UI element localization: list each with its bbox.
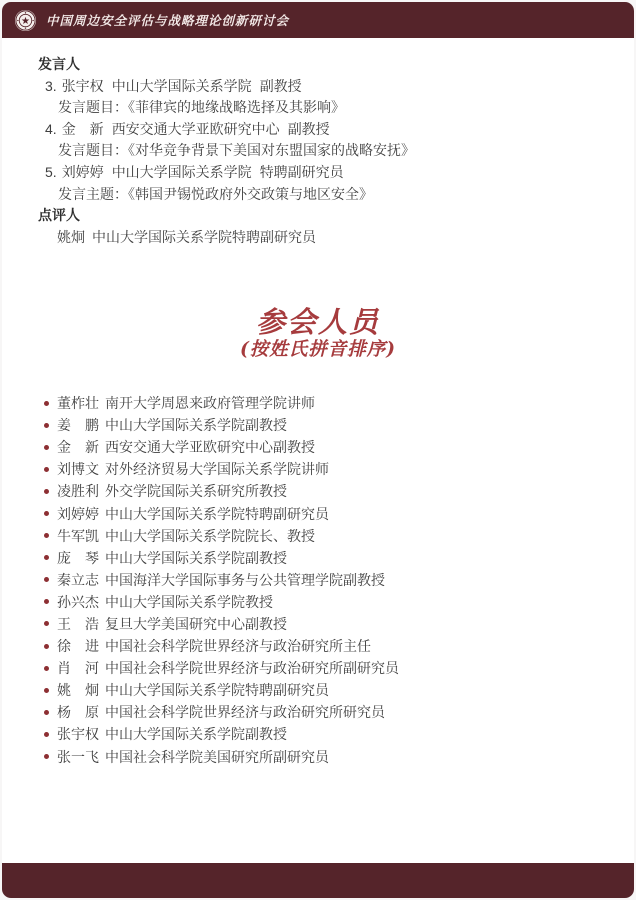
participant-affiliation: 南开大学周恩来政府管理学院讲师 — [105, 393, 315, 413]
commentator-line: 姚炯中山大学国际关系学院特聘副研究员 — [38, 227, 610, 249]
participant-row: 凌胜利 外交学院国际关系研究所教授 — [44, 480, 610, 502]
participant-row: 姚 炯 中山大学国际关系学院特聘副研究员 — [44, 679, 610, 701]
speaker-affiliation: 中山大学国际关系学院 — [112, 78, 252, 94]
speaker-number: 5. — [45, 164, 57, 180]
topic-text: 《韩国尹锡悦政府外交政策与地区安全》 — [128, 186, 373, 202]
topic-label: 发言主题： — [58, 186, 128, 202]
speaker-line: 5.刘婷婷中山大学国际关系学院特聘副研究员 — [38, 162, 610, 184]
participant-affiliation: 中国社会科学院世界经济与政治研究所研究员 — [105, 702, 385, 722]
participant-row: 刘博文 对外经济贸易大学国际关系学院讲师 — [44, 458, 610, 480]
bullet-icon — [44, 423, 49, 428]
participant-affiliation: 中国社会科学院美国研究所副研究员 — [105, 747, 329, 767]
participant-row: 孙兴杰 中山大学国际关系学院教授 — [44, 591, 610, 613]
participant-affiliation: 中国社会科学院世界经济与政治研究所副研究员 — [105, 658, 399, 678]
participant-affiliation: 中山大学国际关系学院副教授 — [105, 415, 287, 435]
participant-name: 张一飞 — [57, 747, 102, 767]
participant-affiliation: 中山大学国际关系学院教授 — [105, 592, 273, 612]
topic-label: 发言题目： — [58, 99, 128, 115]
participant-row: 牛军凯 中山大学国际关系学院院长、教授 — [44, 525, 610, 547]
topic-label: 发言题目： — [58, 142, 128, 158]
participant-name: 牛军凯 — [57, 526, 102, 546]
participant-name: 徐 进 — [57, 636, 102, 656]
participant-name: 姜 鹏 — [57, 415, 102, 435]
program-block: 发言人 3.张宇权中山大学国际关系学院副教授 发言题目：《菲律宾的地缘战略选择及… — [38, 54, 610, 248]
speaker-title: 副教授 — [260, 78, 302, 94]
participant-affiliation: 中山大学国际关系学院副教授 — [105, 724, 287, 744]
bullet-icon — [44, 445, 49, 450]
speaker-name: 张宇权 — [62, 78, 104, 94]
bullet-icon — [44, 599, 49, 604]
participant-name: 肖 河 — [57, 658, 102, 678]
bullet-icon — [44, 577, 49, 582]
participant-affiliation: 中山大学国际关系学院副教授 — [105, 548, 287, 568]
participant-affiliation: 中国海洋大学国际事务与公共管理学院副教授 — [105, 570, 385, 590]
participant-affiliation: 西安交通大学亚欧研究中心副教授 — [105, 437, 315, 457]
speaker-name: 刘婷婷 — [62, 164, 104, 180]
speaker-topic-line: 发言题目：《菲律宾的地缘战略选择及其影响》 — [38, 97, 610, 119]
bullet-icon — [44, 533, 49, 538]
participant-row: 肖 河 中国社会科学院世界经济与政治研究所副研究员 — [44, 657, 610, 679]
topic-text: 《对华竞争背景下美国对东盟国家的战略安抚》 — [128, 142, 415, 158]
commentator-affiliation: 中山大学国际关系学院特聘副研究员 — [92, 229, 316, 245]
speaker-number: 4. — [45, 121, 57, 137]
participant-row: 金 新 西安交通大学亚欧研究中心副教授 — [44, 436, 610, 458]
participant-row: 庞 琴 中山大学国际关系学院副教授 — [44, 547, 610, 569]
participant-name: 金 新 — [57, 437, 102, 457]
bullet-icon — [44, 732, 49, 737]
bullet-icon — [44, 621, 49, 626]
participant-row: 姜 鹏 中山大学国际关系学院副教授 — [44, 414, 610, 436]
topic-text: 《菲律宾的地缘战略选择及其影响》 — [128, 99, 345, 115]
participant-affiliation: 对外经济贸易大学国际关系学院讲师 — [105, 459, 329, 479]
participant-name: 秦立志 — [57, 570, 102, 590]
participant-affiliation: 复旦大学美国研究中心副教授 — [105, 614, 287, 634]
participant-row: 王 浩 复旦大学美国研究中心副教授 — [44, 613, 610, 635]
conference-title: 中国周边安全评估与战略理论创新研讨会 — [46, 11, 289, 29]
speaker-number: 3. — [45, 78, 57, 94]
participant-name: 刘博文 — [57, 459, 102, 479]
speaker-title: 特聘副研究员 — [260, 164, 344, 180]
participant-affiliation: 外交学院国际关系研究所教授 — [105, 481, 287, 501]
participant-affiliation: 中山大学国际关系学院特聘副研究员 — [105, 680, 329, 700]
bullet-icon — [44, 688, 49, 693]
participant-row: 杨 原 中国社会科学院世界经济与政治研究所研究员 — [44, 701, 610, 723]
participant-row: 徐 进 中国社会科学院世界经济与政治研究所主任 — [44, 635, 610, 657]
header-bar: 中国周边安全评估与战略理论创新研讨会 — [2, 2, 634, 38]
participant-name: 姚 炯 — [57, 680, 102, 700]
bullet-icon — [44, 489, 49, 494]
bullet-icon — [44, 754, 49, 759]
participant-affiliation: 中山大学国际关系学院特聘副研究员 — [105, 504, 329, 524]
participants-list: 董柞壮 南开大学周恩来政府管理学院讲师 姜 鹏 中山大学国际关系学院副教授 金 … — [44, 392, 610, 768]
participant-name: 庞 琴 — [57, 548, 102, 568]
participant-affiliation: 中国社会科学院世界经济与政治研究所主任 — [105, 636, 371, 656]
participant-name: 杨 原 — [57, 702, 102, 722]
participant-row: 刘婷婷 中山大学国际关系学院特聘副研究员 — [44, 502, 610, 524]
bullet-icon — [44, 401, 49, 406]
participant-name: 董柞壮 — [57, 393, 102, 413]
university-seal-icon — [14, 9, 37, 32]
participant-row: 张宇权 中山大学国际关系学院副教授 — [44, 723, 610, 745]
commentator-name: 姚炯 — [57, 229, 85, 245]
speaker-title: 副教授 — [288, 121, 330, 137]
speaker-name: 金 新 — [62, 121, 104, 137]
participant-name: 刘婷婷 — [57, 504, 102, 524]
participant-row: 秦立志 中国海洋大学国际事务与公共管理学院副教授 — [44, 569, 610, 591]
bullet-icon — [44, 555, 49, 560]
speaker-affiliation: 西安交通大学亚欧研究中心 — [112, 121, 280, 137]
participant-name: 王 浩 — [57, 614, 102, 634]
participants-title-block: 参会人员 (按姓氏拼音排序) — [0, 306, 636, 362]
conference-program-page: { "header": { "title": "中国周边安全评估与战略理论创新研… — [0, 0, 636, 900]
bullet-icon — [44, 644, 49, 649]
bullet-icon — [44, 467, 49, 472]
participant-row: 张一飞 中国社会科学院美国研究所副研究员 — [44, 746, 610, 768]
bullet-icon — [44, 666, 49, 671]
speakers-heading: 发言人 — [38, 54, 610, 76]
participant-name: 张宇权 — [57, 724, 102, 744]
speaker-line: 4.金 新西安交通大学亚欧研究中心副教授 — [38, 119, 610, 141]
participant-row: 董柞壮 南开大学周恩来政府管理学院讲师 — [44, 392, 610, 414]
speaker-topic-line: 发言题目：《对华竞争背景下美国对东盟国家的战略安抚》 — [38, 140, 610, 162]
participant-name: 孙兴杰 — [57, 592, 102, 612]
participants-subtitle: (按姓氏拼音排序) — [0, 338, 636, 362]
participant-affiliation: 中山大学国际关系学院院长、教授 — [105, 526, 315, 546]
footer-bar — [2, 863, 634, 898]
bullet-icon — [44, 511, 49, 516]
speaker-affiliation: 中山大学国际关系学院 — [112, 164, 252, 180]
speaker-line: 3.张宇权中山大学国际关系学院副教授 — [38, 76, 610, 98]
participant-name: 凌胜利 — [57, 481, 102, 501]
speaker-topic-line: 发言主题：《韩国尹锡悦政府外交政策与地区安全》 — [38, 184, 610, 206]
commentator-heading: 点评人 — [38, 205, 610, 227]
bullet-icon — [44, 710, 49, 715]
participants-title: 参会人员 — [0, 306, 636, 338]
